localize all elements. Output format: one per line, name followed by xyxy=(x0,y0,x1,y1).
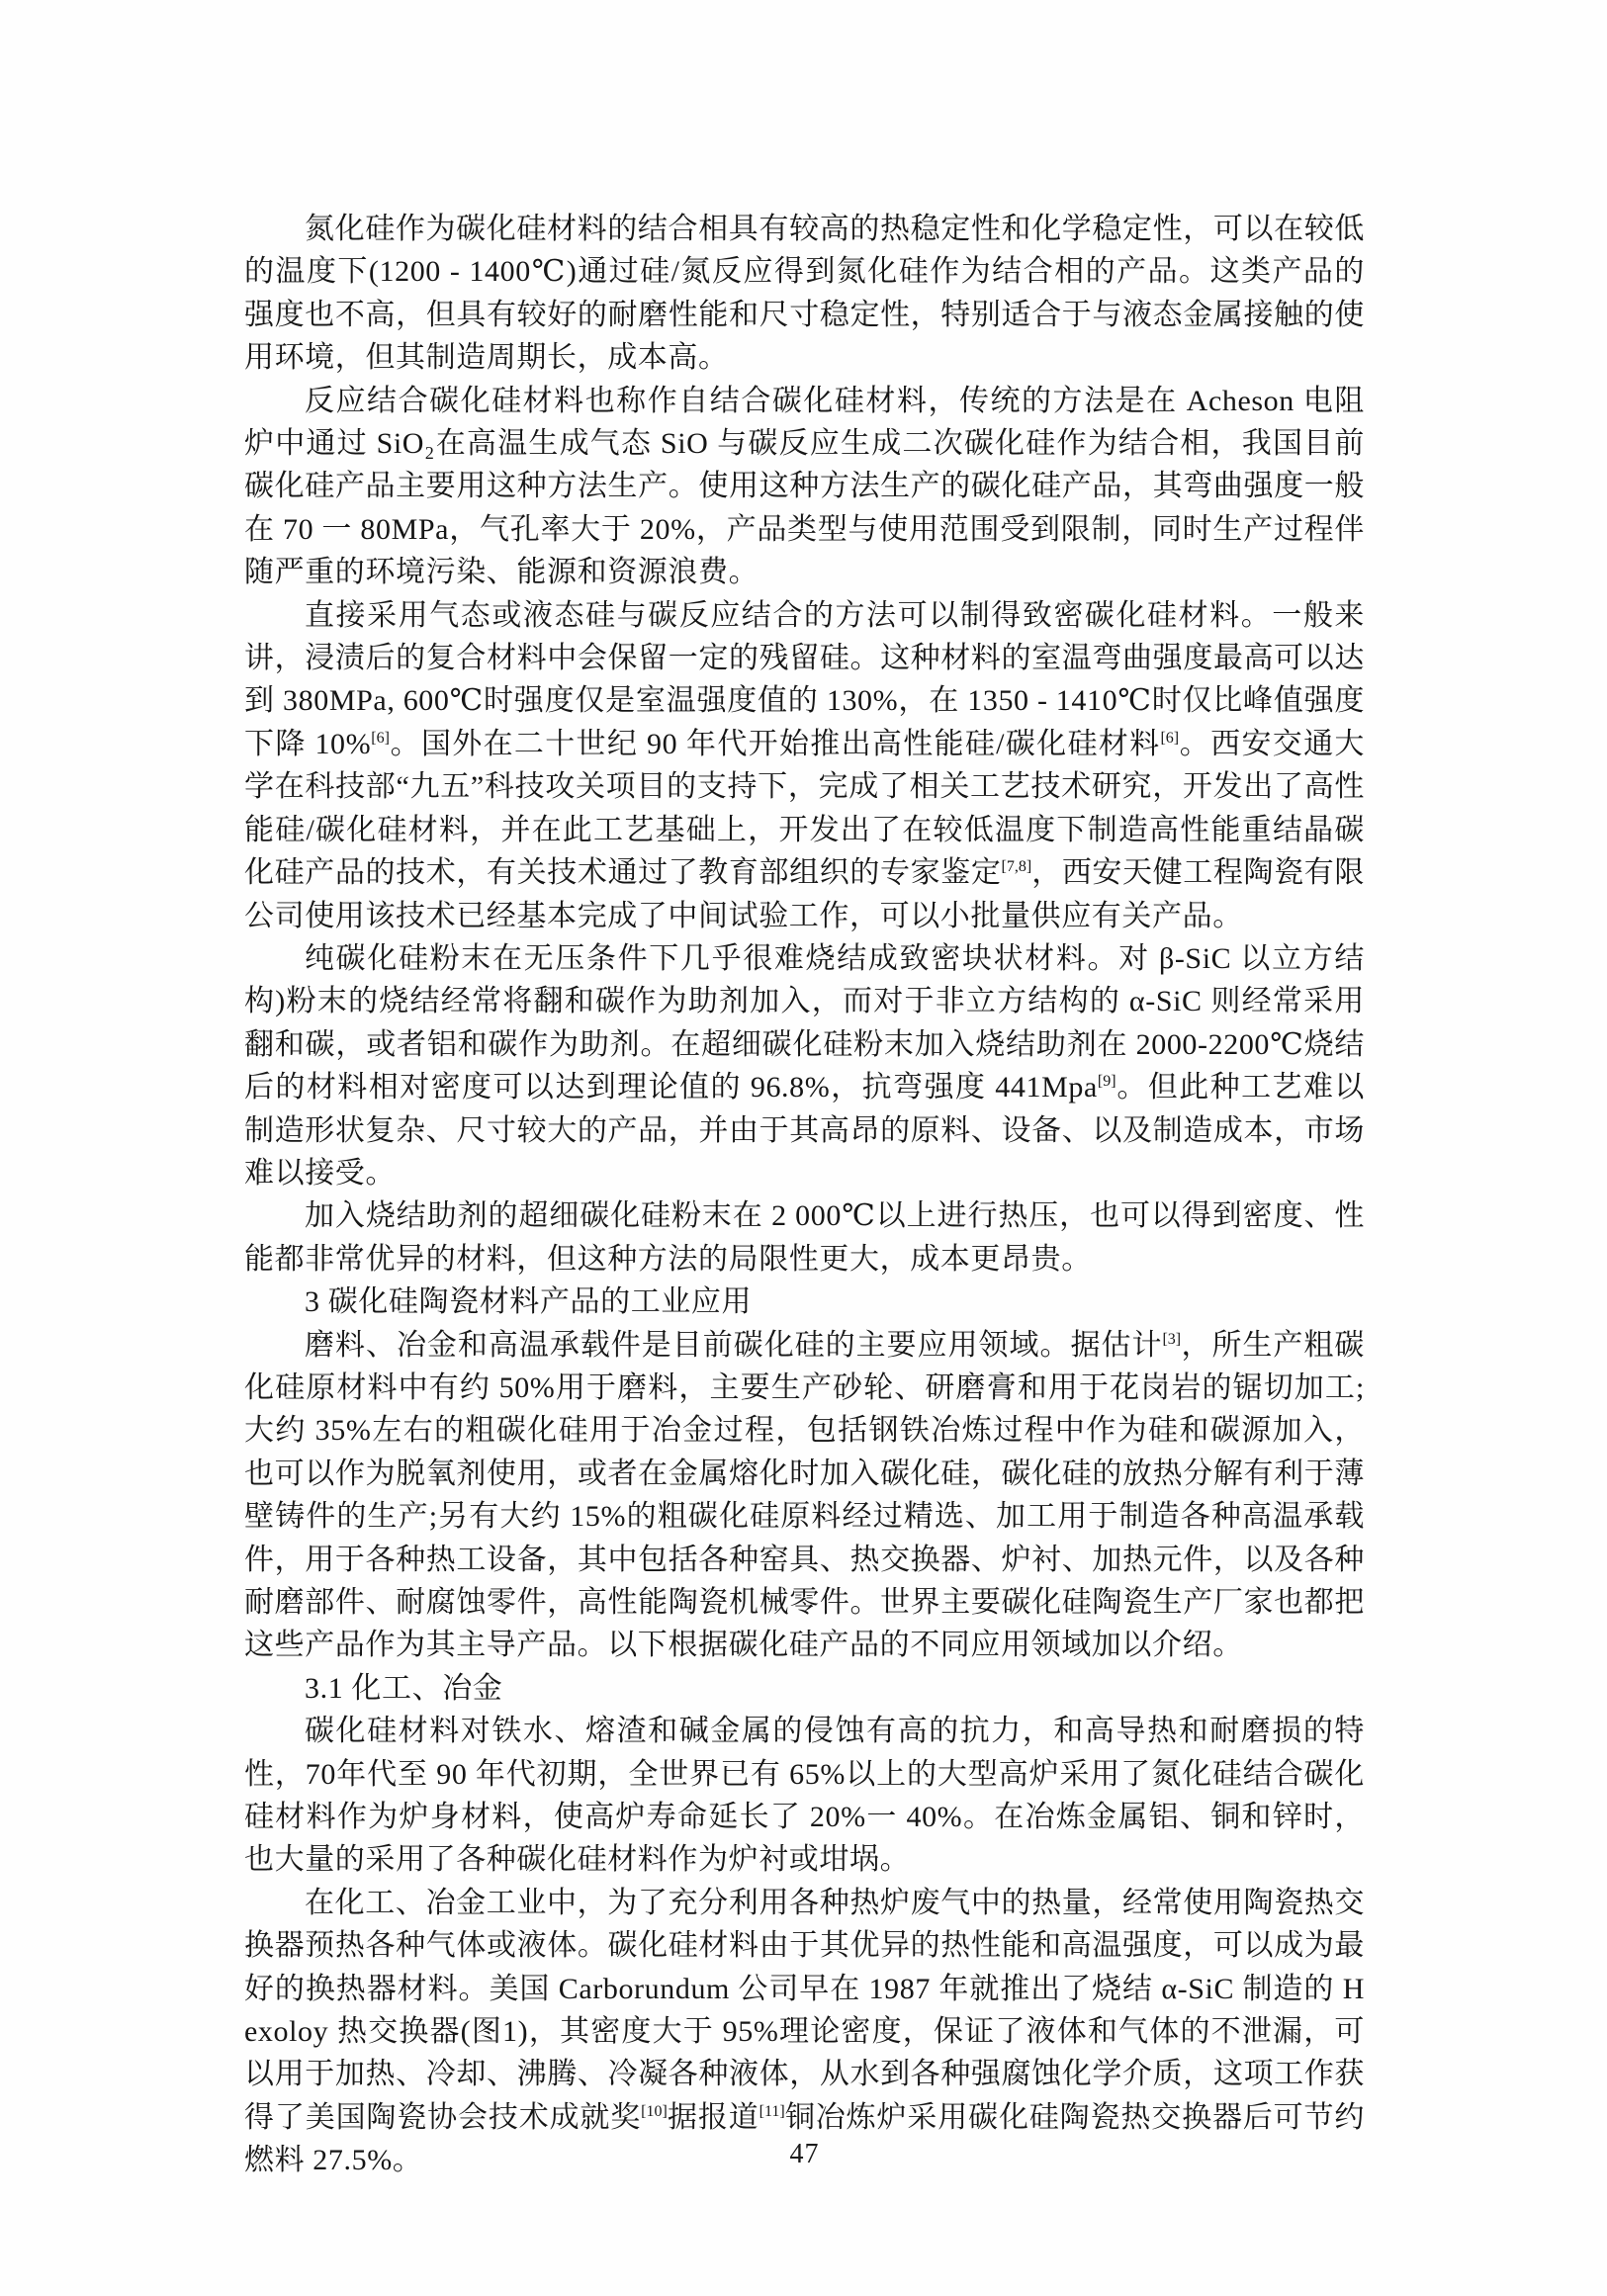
paragraph: 在化工、冶金工业中，为了充分利用各种热炉废气中的热量，经常使用陶瓷热交换器预热各… xyxy=(244,1882,1365,2182)
paragraph: 纯碳化硅粉末在无压条件下几乎很难烧结成致密块状材料。对 β-SiC 以立方结构)… xyxy=(244,937,1365,1194)
paragraph: 碳化硅材料对铁水、熔渣和碱金属的侵蚀有高的抗力，和高导热和耐磨损的特性，70年代… xyxy=(244,1710,1365,1882)
citation-reference: [6] xyxy=(1160,730,1179,747)
paragraph: 氮化硅作为碳化硅材料的结合相具有较高的热稳定性和化学稳定性，可以在较低的温度下(… xyxy=(244,208,1365,380)
citation-reference: [10] xyxy=(641,2103,668,2120)
citation-reference: [9] xyxy=(1098,1073,1116,1090)
citation-reference: [6] xyxy=(371,730,390,747)
citation-reference: [7,8] xyxy=(1002,858,1032,875)
paragraph: 磨料、冶金和高温承载件是目前碳化硅的主要应用领域。据估计[3]，所生产粗碳化硅原… xyxy=(244,1324,1365,1667)
section-heading: 3 碳化硅陶瓷材料产品的工业应用 xyxy=(244,1280,1365,1323)
document-page: 氮化硅作为碳化硅材料的结合相具有较高的热稳定性和化学稳定性，可以在较低的温度下(… xyxy=(0,0,1607,2296)
section-heading: 3.1 化工、冶金 xyxy=(244,1667,1365,1710)
citation-reference: [3] xyxy=(1162,1331,1181,1348)
paragraph: 直接采用气态或液态硅与碳反应结合的方法可以制得致密碳化硅材料。一般来讲，浸渍后的… xyxy=(244,594,1365,937)
paragraph: 反应结合碳化硅材料也称作自结合碳化硅材料，传统的方法是在 Acheson 电阻炉… xyxy=(244,380,1365,594)
paragraph: 加入烧结助剂的超细碳化硅粉末在 2 000℃以上进行热压，也可以得到密度、性能都… xyxy=(244,1194,1365,1280)
citation-reference: [11] xyxy=(759,2103,785,2120)
page-number: 47 xyxy=(244,2139,1365,2170)
text-block: 氮化硅作为碳化硅材料的结合相具有较高的热稳定性和化学稳定性，可以在较低的温度下(… xyxy=(244,208,1365,2182)
